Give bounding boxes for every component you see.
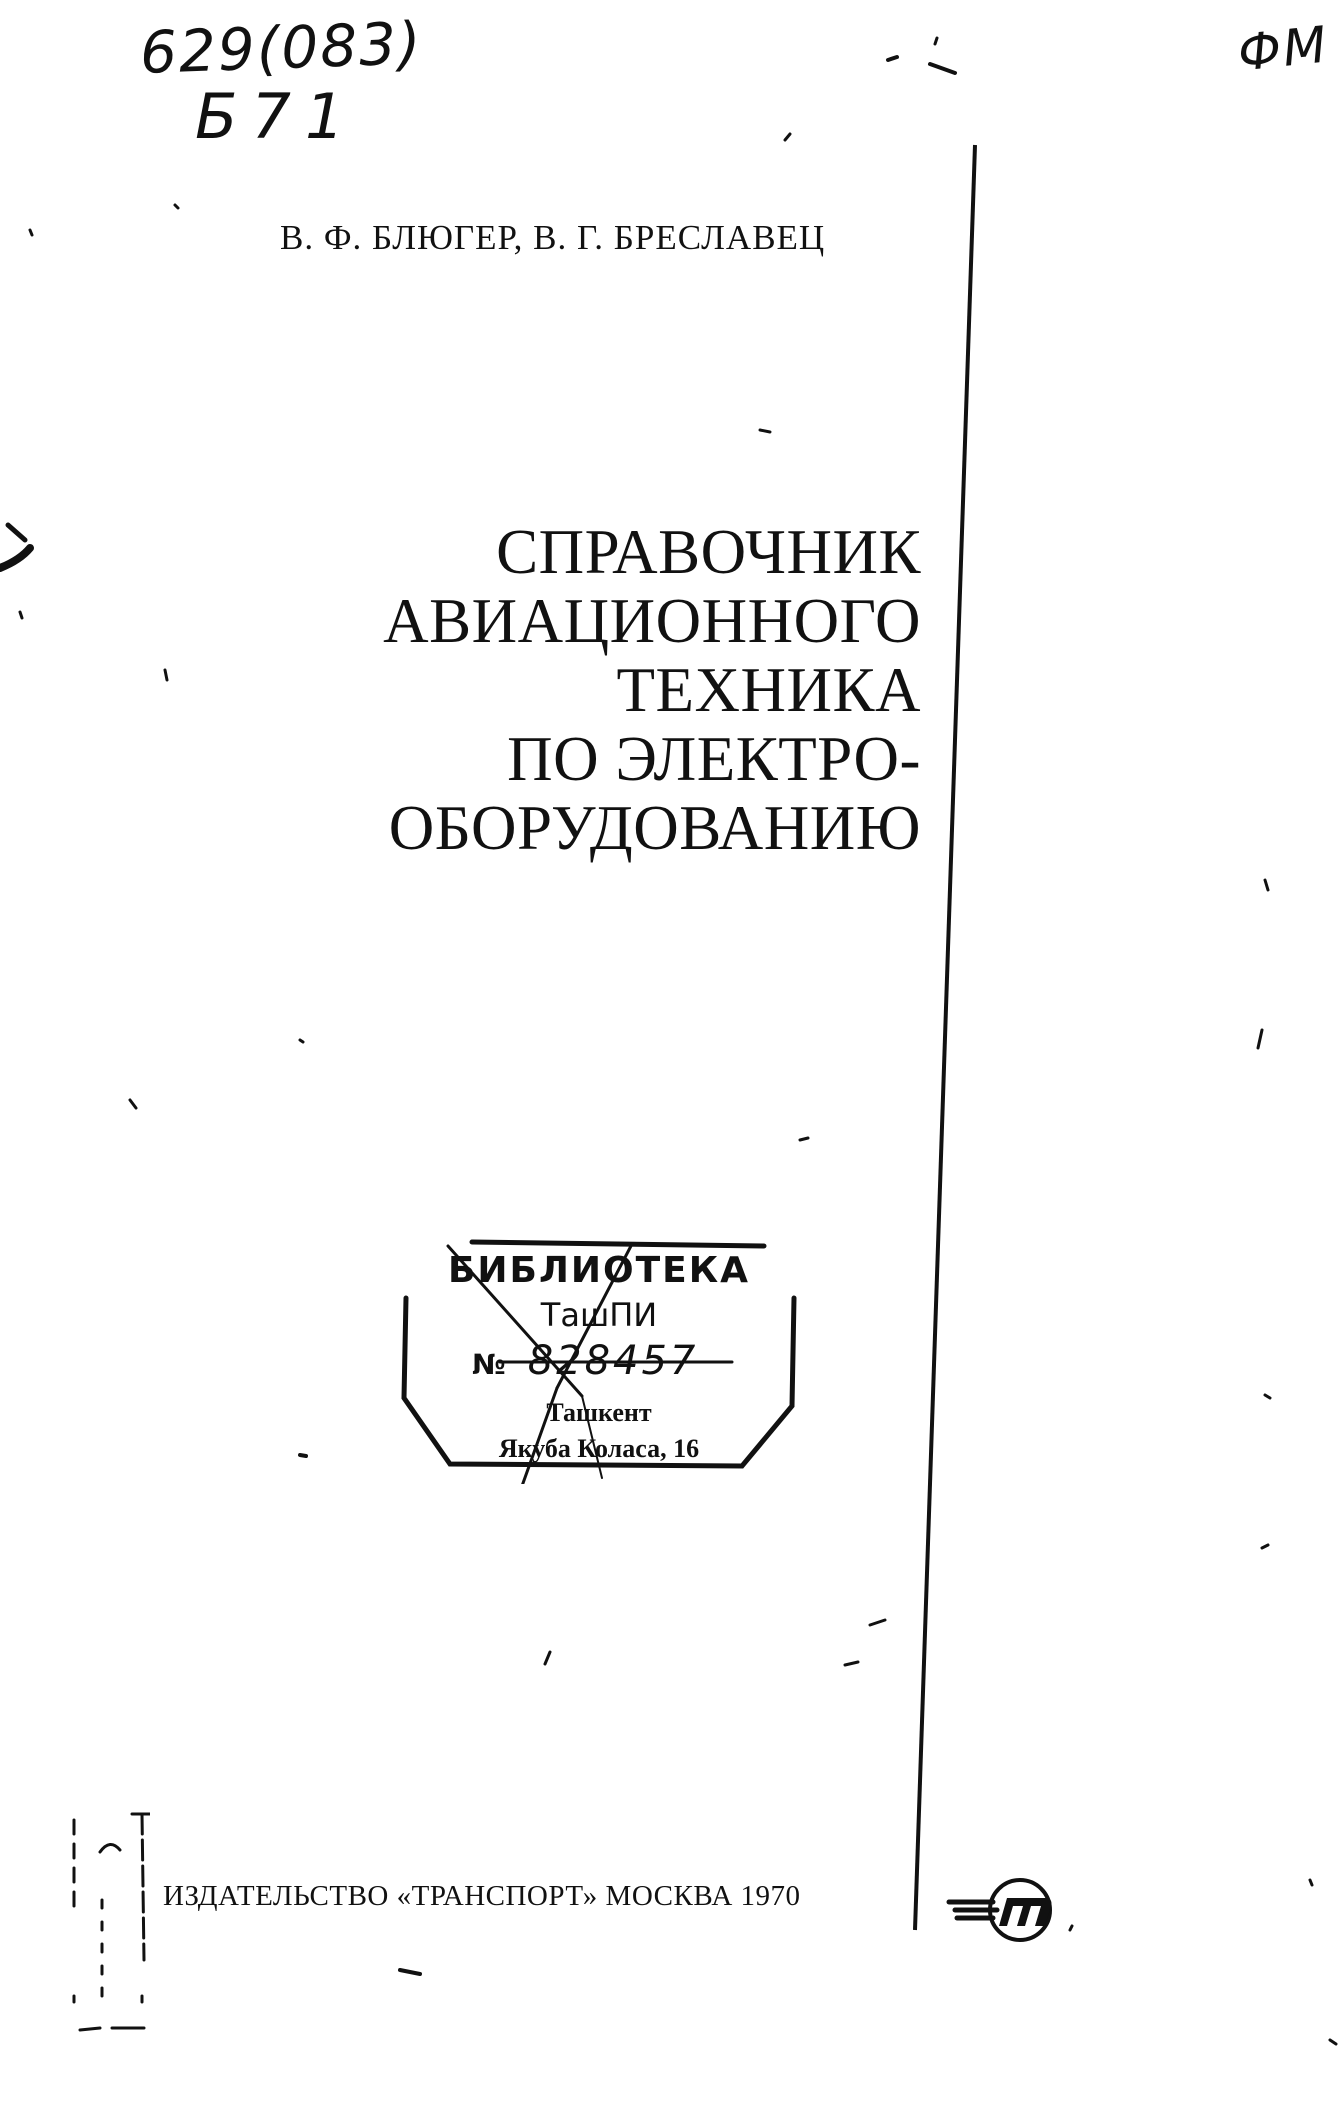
scan-specks	[0, 0, 1339, 2104]
stamp-inventory-number: 828457	[528, 1338, 699, 1384]
book-title: СПРАВОЧНИК АВИАЦИОННОГО ТЕХНИКА ПО ЭЛЕКТ…	[383, 518, 921, 863]
stamp-address: Якуба Коласа, 16	[392, 1434, 806, 1464]
title-line: ТЕХНИКА	[383, 656, 921, 725]
title-line: ПО ЭЛЕКТРО-	[383, 725, 921, 794]
stamp-city: Ташкент	[392, 1398, 806, 1428]
authors: В. Ф. БЛЮГЕР, В. Г. БРЕСЛАВЕЦ	[280, 218, 825, 258]
transport-publisher-logo-icon	[945, 1870, 1075, 1950]
stamp-institution: ТашПИ	[392, 1296, 806, 1334]
title-line: ОБОРУДОВАНИЮ	[383, 794, 921, 863]
stamp-title: БИБЛИОТЕКА	[392, 1250, 806, 1291]
bracket-marks	[60, 1800, 150, 2040]
library-stamp: БИБЛИОТЕКА ТашПИ №828457 Ташкент Якуба К…	[392, 1228, 806, 1484]
stamp-number-label: №	[472, 1348, 506, 1381]
title-line: АВИАЦИОННОГО	[383, 587, 921, 656]
title-line: СПРАВОЧНИК	[383, 518, 921, 587]
publisher-imprint: ИЗДАТЕЛЬСТВО «ТРАНСПОРТ» МОСКВА 1970	[163, 1880, 801, 1913]
stamp-number-row: №828457	[472, 1338, 732, 1384]
